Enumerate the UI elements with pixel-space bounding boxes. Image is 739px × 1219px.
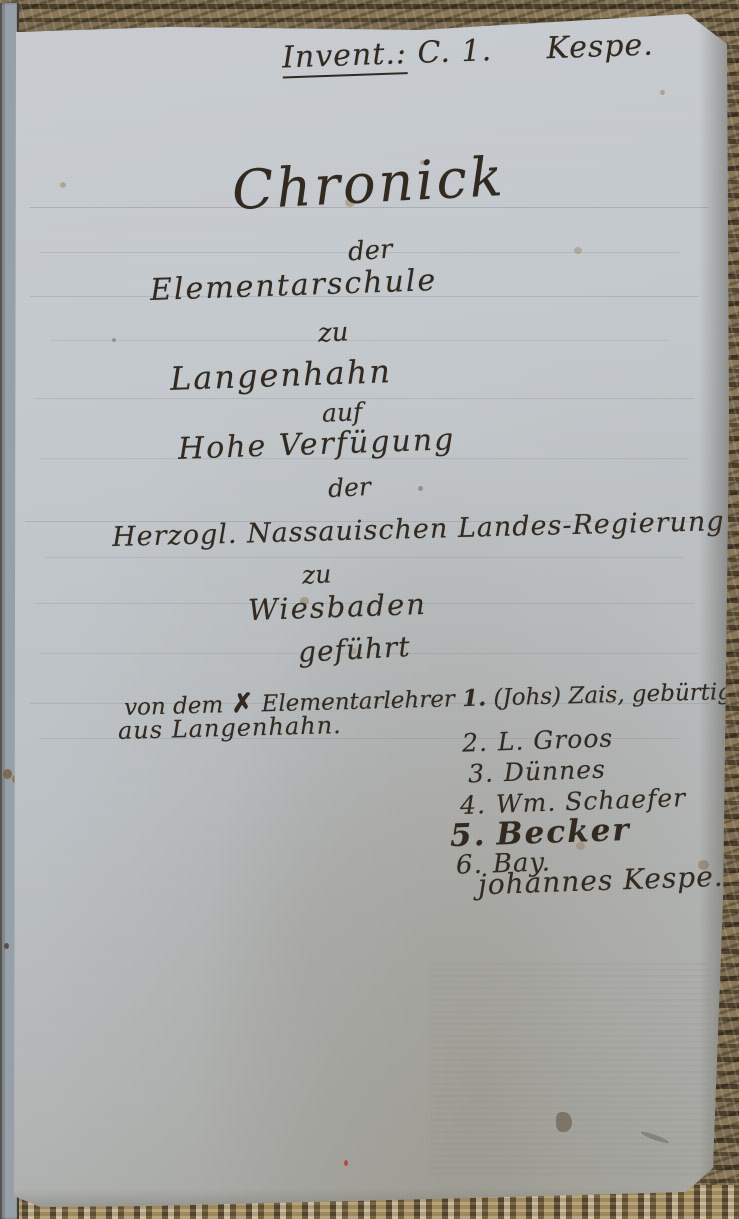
foxing-stain: [574, 247, 582, 254]
manuscript-page: Invent.: C. 1. Kespe. Chronick der Eleme…: [0, 0, 739, 1219]
foxing-stain: [112, 338, 116, 342]
teacher-list-item: 3.Dünnes: [468, 755, 607, 789]
cover-wear-spot: [4, 943, 9, 949]
ruled-line: [35, 398, 694, 399]
verso-showthrough-texture: [430, 960, 710, 1175]
teacher-name: (Johs) Zais, gebürtig: [493, 679, 732, 711]
cover-wear-spot: [3, 769, 12, 779]
list-name: L. Groos: [497, 723, 613, 756]
teacher-number: 1.: [462, 684, 487, 712]
line-place: Langenhahn: [169, 352, 392, 398]
line-auf: auf: [322, 397, 363, 427]
photograph-of-manuscript: { "document": { "header": { "inventory_l…: [0, 0, 739, 1219]
inventory-label: Invent.:: [282, 36, 408, 78]
line-der-2: der: [327, 472, 371, 503]
ruled-line: [50, 340, 669, 341]
list-number: 5.: [449, 817, 487, 854]
list-name: Becker: [496, 812, 632, 853]
list-number: 3.: [468, 759, 495, 789]
owner-name: Kespe.: [546, 28, 654, 67]
ruled-line: [45, 557, 684, 558]
line-gefuehrt: geführt: [297, 630, 411, 669]
line-origin: aus Langenhahn.: [118, 711, 342, 745]
inventory-number: C. 1.: [417, 33, 493, 71]
foxing-stain: [660, 90, 665, 95]
list-number: 4.: [460, 790, 487, 820]
teacher-list-item: 2.L. Groos: [462, 723, 614, 757]
foxing-stain: [60, 182, 66, 188]
list-name: Dünnes: [503, 755, 606, 788]
red-dot-mark: [344, 1160, 348, 1166]
line-der-1: der: [347, 234, 393, 267]
foxing-stain: [418, 486, 423, 491]
line-city: Wiesbaden: [247, 587, 427, 627]
line-zu-1: zu: [317, 317, 349, 349]
list-number: 2.: [462, 728, 489, 758]
line-zu-2: zu: [301, 559, 332, 589]
